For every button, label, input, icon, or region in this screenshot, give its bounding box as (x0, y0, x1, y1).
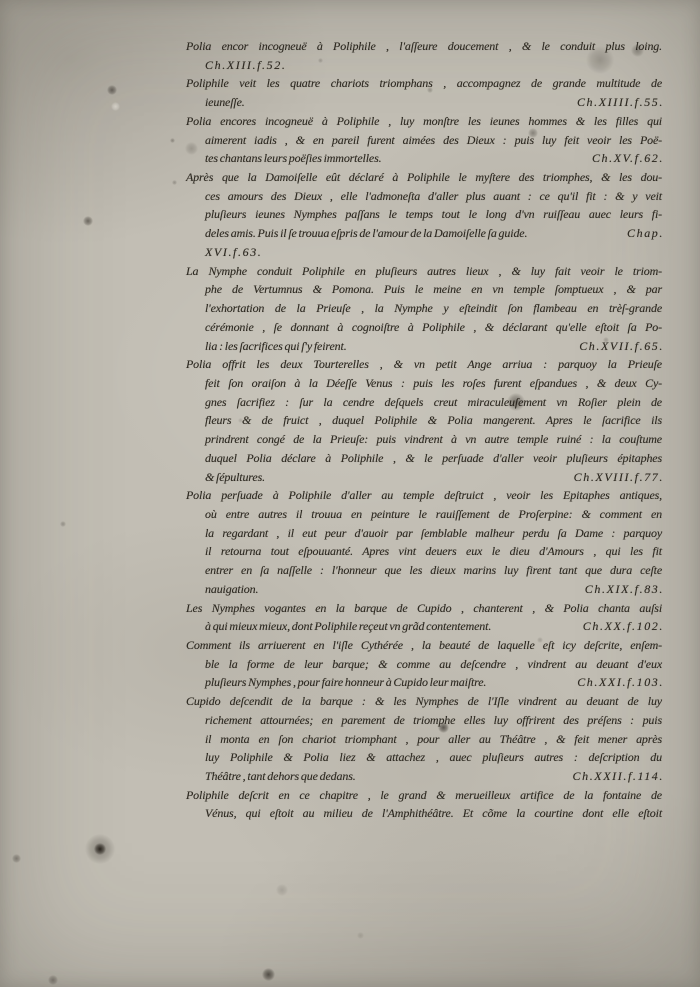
toc-line: Polia perſuade à Poliphile d'aller au te… (186, 486, 662, 505)
toc-entry: Comment ils arriuerent en l'iſle Cythéré… (186, 636, 662, 692)
ink-stain (262, 968, 275, 981)
toc-line: luy Poliphile & Polia liez & attachez , … (186, 748, 662, 767)
toc-line: Théâtre , tant dehors que dedans.Ch.XXII… (186, 767, 662, 786)
toc-line: tes chantans leurs poëſies immortelles.C… (186, 149, 662, 168)
ink-stain (172, 180, 177, 185)
toc-entry: La Nymphe conduit Poliphile en pluſieurs… (186, 262, 662, 356)
toc-line: cérémonie , ſe donnant à cognoiſtre à Po… (186, 318, 662, 337)
toc-line: phe de Vertumnus & Pomona. Puis le meine… (186, 280, 662, 299)
ink-stain (276, 884, 288, 896)
toc-line: Polia encor incogneuë à Poliphile , l'aſ… (186, 37, 662, 56)
toc-entry: Cupido deſcendit de la barque : & les Ny… (186, 692, 662, 786)
toc-entry: Polia perſuade à Poliphile d'aller au te… (186, 486, 662, 598)
toc-entry: Polia offrit les deux Tourterelles , & v… (186, 355, 662, 486)
chapter-ref: Ch.XXII.f.114. (573, 767, 665, 786)
toc-line: il monta en ſon chariot triomphant , pou… (186, 730, 662, 749)
ink-stain (170, 138, 175, 143)
chapter-ref: Ch.XIII.f.52. (205, 58, 286, 72)
toc-line: La Nymphe conduit Poliphile en pluſieurs… (186, 262, 662, 281)
toc-line: Polia offrit les deux Tourterelles , & v… (186, 355, 662, 374)
ink-stain (357, 932, 364, 939)
toc-line: Les Nymphes vogantes en la barque de Cup… (186, 599, 662, 618)
toc-line-text: nauigation. (205, 580, 258, 599)
toc-line: duquel Polia déclare à Poliphile , & le … (186, 449, 662, 468)
chapter-ref: Ch.XXI.f.103. (577, 673, 664, 692)
toc-line: Vénus, qui eſtoit au milieu de l'Amphith… (186, 804, 662, 823)
toc-line: Après que la Damoiſelle eût déclaré à Po… (186, 168, 662, 187)
chapter-ref-line: Ch.XIII.f.52. (186, 56, 662, 75)
toc-line: il retourna tout eſpouuanté. Apres vint … (186, 542, 662, 561)
toc-line: entrer en ſa naſſelle : l'honneur que le… (186, 561, 662, 580)
toc-line: Comment ils arriuerent en l'iſle Cythéré… (186, 636, 662, 655)
toc-line-text: ieuneſſe. (205, 93, 245, 112)
toc-line-text: deles amis. Puis il ſe trouua eſpris de … (205, 224, 527, 243)
toc-line-text: Théâtre , tant dehors que dedans. (205, 767, 356, 786)
toc-entry: Poliphile deſcrit en ce chapitre , le gr… (186, 786, 662, 823)
chapter-ref-line: XVI.f.63. (186, 243, 662, 262)
toc-line-text: pluſieurs Nymphes , pour faire honneur à… (205, 673, 486, 692)
toc-line: Polia encores incogneuë à Poliphile , lu… (186, 112, 662, 131)
table-of-chapters: Polia encor incogneuë à Poliphile , l'aſ… (186, 37, 662, 823)
paper-flaw-light-spot (111, 102, 120, 111)
toc-entry: Polia encor incogneuë à Poliphile , l'aſ… (186, 37, 662, 74)
ink-stain (48, 975, 58, 985)
toc-line: ces amours des Dieux , elle l'admoneſta … (186, 187, 662, 206)
chapter-ref: Ch.XVII.f.65. (579, 337, 664, 356)
toc-line: l'exhortation de la Prieuſe , la Nymphe … (186, 299, 662, 318)
toc-line: ieuneſſe.Ch.XIIII.f.55. (186, 93, 662, 112)
toc-line: feit ſon oraiſon à la Déeſſe Venus : pui… (186, 374, 662, 393)
chapter-ref: Ch.XV.f.62. (592, 149, 664, 168)
toc-line: aimerent iadis , & en pareil furent aimé… (186, 131, 662, 150)
toc-line-text: lia : les ſacrifices qui ſ'y feirent. (205, 337, 347, 356)
toc-line: où entre autres il trouua en peinture le… (186, 505, 662, 524)
ink-stain (12, 854, 21, 863)
toc-line: à qui mieux mieux, dont Poliphile reçeut… (186, 617, 662, 636)
toc-line: richement attournées; en parement de tri… (186, 711, 662, 730)
toc-line: la regardant , il eut peur d'auoir par ſ… (186, 524, 662, 543)
toc-entry: Polia encores incogneuë à Poliphile , lu… (186, 112, 662, 168)
chapter-ref: Ch.XIX.f.83. (585, 580, 664, 599)
toc-line-text: tes chantans leurs poëſies immortelles. (205, 149, 381, 168)
toc-line: nauigation.Ch.XIX.f.83. (186, 580, 662, 599)
toc-entry: Les Nymphes vogantes en la barque de Cup… (186, 599, 662, 636)
toc-entry: Après que la Damoiſelle eût déclaré à Po… (186, 168, 662, 262)
toc-line-text: à qui mieux mieux, dont Poliphile reçeut… (205, 617, 491, 636)
chapter-ref: Ch.XVIII.f.77. (574, 468, 664, 487)
toc-line: Cupido deſcendit de la barque : & les Ny… (186, 692, 662, 711)
toc-line: lia : les ſacrifices qui ſ'y feirent.Ch.… (186, 337, 662, 356)
toc-line: & ſépultures.Ch.XVIII.f.77. (186, 468, 662, 487)
toc-line: ble la forme de leur barque; & comme au … (186, 655, 662, 674)
ink-stain (85, 834, 115, 864)
ink-stain (94, 843, 106, 855)
chapter-ref: Chap. (627, 224, 664, 243)
toc-line: Poliphile veit les quatre chariots triom… (186, 74, 662, 93)
toc-line: Poliphile deſcrit en ce chapitre , le gr… (186, 786, 662, 805)
toc-line: pluſieurs Nymphes , pour faire honneur à… (186, 673, 662, 692)
toc-line: fleurs & de fruict , duquel Poliphile & … (186, 411, 662, 430)
toc-line: gnes ſacrifiez : ſur la cendre deſquels … (186, 393, 662, 412)
chapter-ref: Ch.XIIII.f.55. (577, 93, 664, 112)
ink-stain (83, 216, 93, 226)
toc-line: deles amis. Puis il ſe trouua eſpris de … (186, 224, 662, 243)
toc-line-text: & ſépultures. (205, 468, 265, 487)
scanned-book-page: Polia encor incogneuë à Poliphile , l'aſ… (0, 0, 700, 987)
toc-line: prindrent congé de la Prieuſe: puis vind… (186, 430, 662, 449)
toc-entry: Poliphile veit les quatre chariots triom… (186, 74, 662, 111)
chapter-ref: Ch.XX.f.102. (583, 617, 664, 636)
toc-line: pluſieurs ieunes Nymphes paſſans le temp… (186, 205, 662, 224)
ink-stain (60, 521, 66, 527)
ink-stain (107, 85, 117, 95)
chapter-ref: XVI.f.63. (205, 245, 262, 259)
